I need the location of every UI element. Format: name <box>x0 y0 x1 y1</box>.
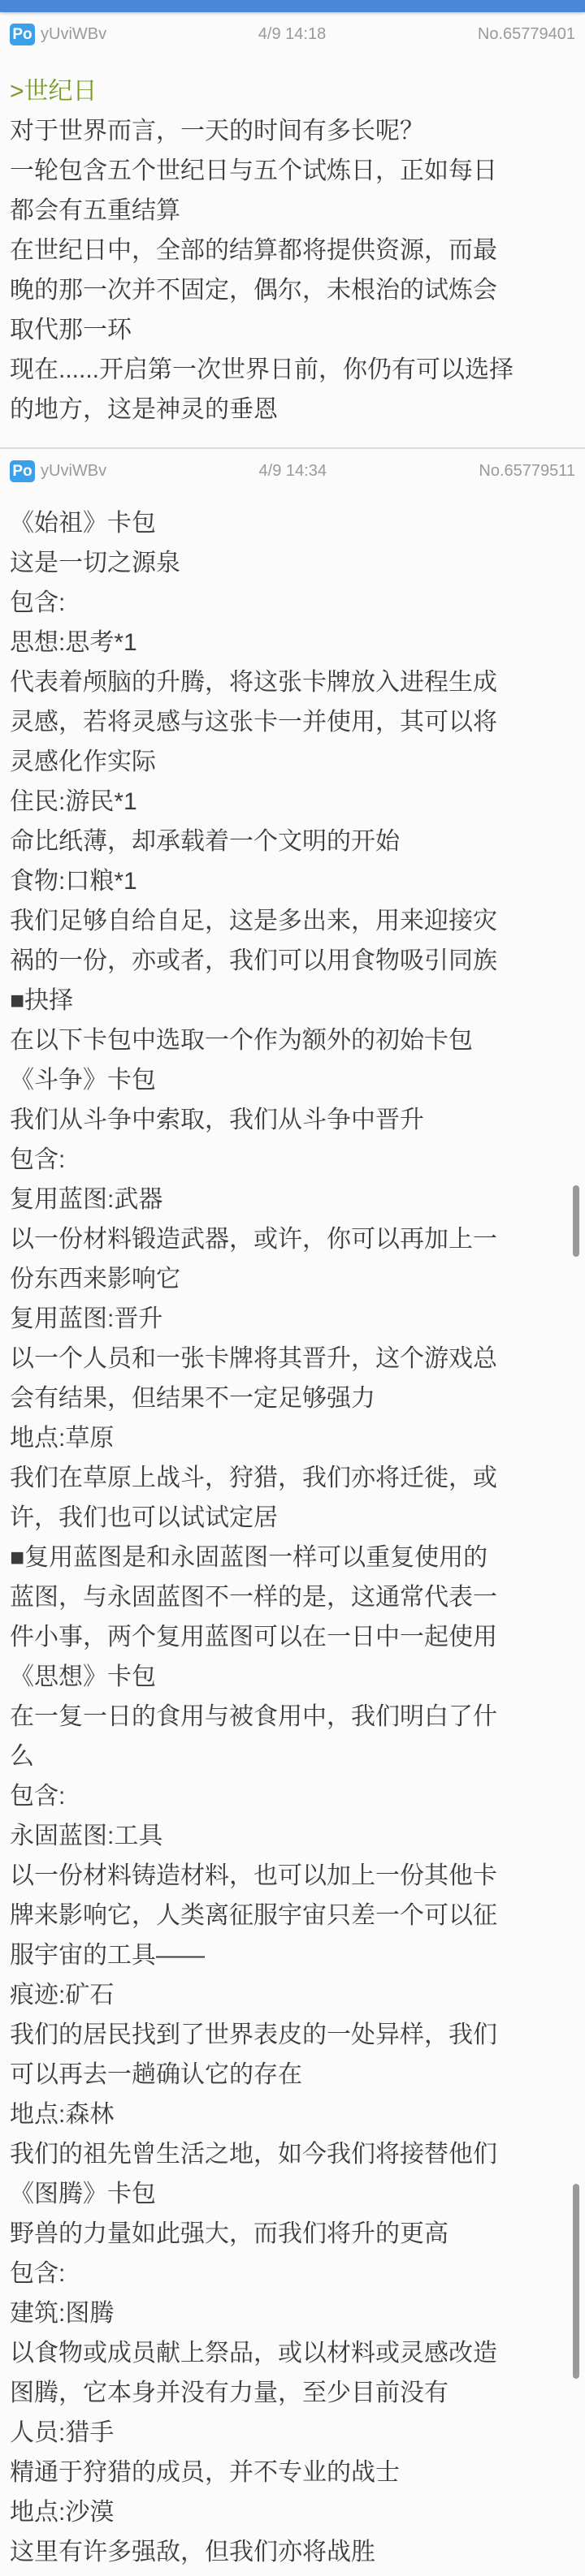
post-text-line: 牌来影响它，人类离征服宇宙只差一个可以征 <box>10 1896 585 1935</box>
post-text-line: 都会有五重结算 <box>10 191 585 231</box>
post-text-line: 《思想》卡包 <box>10 1657 585 1697</box>
post-text-line: 会有结果，但结果不一定足够强力 <box>10 1379 585 1418</box>
post-text-line: 《始祖》卡包 <box>10 503 585 543</box>
po-badge: Po <box>10 460 35 482</box>
post-text-line: 蓝图，与永固蓝图不一样的是，这通常代表一 <box>10 1577 585 1617</box>
post-text-line: 现在......开启第一次世界日前，你仍有可以选择 <box>10 350 585 390</box>
post-text-line: 包含: <box>10 583 585 623</box>
post-text-line: 以一份材料锻造武器，或许，你可以再加上一 <box>10 1219 585 1259</box>
post-text-line: 可以再去一趟确认它的存在 <box>10 2055 585 2095</box>
post-body: >世纪日对于世界而言，一天的时间有多长呢？一轮包含五个世纪日与五个试炼日，正如每… <box>0 71 585 429</box>
thread-post-op: Po yUviWBv 4/9 14:18 No.65779401 >世纪日对于世… <box>0 12 585 429</box>
post-body: 《始祖》卡包这是一切之源泉包含:思想:思考*1代表着颅脑的升腾，将这张卡牌放入进… <box>0 503 585 2572</box>
post-author: yUviWBv <box>41 462 106 481</box>
post-number[interactable]: No.65779401 <box>478 25 575 44</box>
post-text-line: 复用蓝图:晋升 <box>10 1299 585 1339</box>
post-text-line: 晚的那一次并不固定，偶尔，未根治的试炼会 <box>10 270 585 310</box>
post-text-line: 服宇宙的工具—— <box>10 1935 585 1975</box>
post-header: Po yUviWBv 4/9 14:34 No.65779511 <box>0 449 585 483</box>
status-bar <box>0 0 585 12</box>
post-text-line: 包含: <box>10 1776 585 1816</box>
post-text-line: 祸的一份，亦或者，我们可以用食物吸引同族 <box>10 941 585 981</box>
post-text-line: 精通于狩猎的成员，并不专业的战士 <box>10 2453 585 2492</box>
post-text-line: 在世纪日中，全部的结算都将提供资源，而最 <box>10 231 585 270</box>
scrollbar-thumb[interactable] <box>573 1185 579 1257</box>
quote-text-line: >世纪日 <box>10 71 585 111</box>
post-text-line: 《斗争》卡包 <box>10 1060 585 1100</box>
post-text-line: 以一个人员和一张卡牌将其晋升，这个游戏总 <box>10 1339 585 1379</box>
post-text-line: 食物:口粮*1 <box>10 861 585 901</box>
post-text-line: 地点:森林 <box>10 2095 585 2134</box>
post-text-line: 灵感，若将灵感与这张卡一并使用，其可以将 <box>10 702 585 742</box>
post-text-line: 图腾，它本身并没有力量，至少目前没有 <box>10 2373 585 2413</box>
post-text-line: 对于世界而言，一天的时间有多长呢？ <box>10 111 585 151</box>
post-text-line: 野兽的力量如此强大，而我们将升的更高 <box>10 2214 585 2254</box>
post-text-line: 我们的居民找到了世界表皮的一处异样，我们 <box>10 2015 585 2055</box>
post-text-line: 我们的祖先曾生活之地，如今我们将接替他们 <box>10 2134 585 2174</box>
scrollbar-thumb[interactable] <box>573 2184 579 2379</box>
post-number[interactable]: No.65779511 <box>479 462 575 481</box>
post-text-line: 许，我们也可以试试定居 <box>10 1498 585 1538</box>
post-text-line: 以一份材料铸造材料，也可以加上一份其他卡 <box>10 1856 585 1896</box>
post-text-line: 《图腾》卡包 <box>10 2174 585 2214</box>
post-text-line: 思想:思考*1 <box>10 623 585 662</box>
post-text-line: 的地方，这是神灵的垂恩 <box>10 390 585 429</box>
post-text-line: 我们从斗争中索取，我们从斗争中晋升 <box>10 1100 585 1140</box>
post-text-line: 包含: <box>10 2254 585 2293</box>
post-text-line: 么 <box>10 1737 585 1776</box>
post-timestamp: 4/9 14:34 <box>106 462 479 481</box>
post-text-line: 一轮包含五个世纪日与五个试炼日，正如每日 <box>10 151 585 191</box>
post-text-line: 这里有许多强敌，但我们亦将战胜 <box>10 2532 585 2572</box>
post-text-line: 包含: <box>10 1140 585 1180</box>
post-text-line: 灵感化作实际 <box>10 742 585 782</box>
post-text-line: 取代那一环 <box>10 310 585 350</box>
post-text-line: 我们足够自给自足，这是多出来，用来迎接灾 <box>10 901 585 941</box>
post-text-line: ■复用蓝图是和永固蓝图一样可以重复使用的 <box>10 1538 585 1577</box>
post-text-line: 地点:沙漠 <box>10 2492 585 2532</box>
post-timestamp: 4/9 14:18 <box>106 25 478 44</box>
post-text-line: 在一复一日的食用与被食用中，我们明白了什 <box>10 1697 585 1737</box>
thread-post-reply: Po yUviWBv 4/9 14:34 No.65779511 《始祖》卡包这… <box>0 449 585 2572</box>
post-text-line: 建筑:图腾 <box>10 2293 585 2333</box>
post-text-line: 这是一切之源泉 <box>10 543 585 583</box>
post-header: Po yUviWBv 4/9 14:18 No.65779401 <box>0 12 585 46</box>
post-text-line: 我们在草原上战斗，狩猎，我们亦将迁徙，或 <box>10 1458 585 1498</box>
post-text-line: 复用蓝图:武器 <box>10 1180 585 1219</box>
post-text-line: 以食物或成员献上祭品，或以材料或灵感改造 <box>10 2333 585 2373</box>
po-badge: Po <box>10 24 35 45</box>
post-text-line: 痕迹:矿石 <box>10 1975 585 2015</box>
post-text-line: 命比纸薄，却承载着一个文明的开始 <box>10 822 585 861</box>
post-text-line: 人员:猎手 <box>10 2413 585 2453</box>
post-text-line: 地点:草原 <box>10 1418 585 1458</box>
post-author: yUviWBv <box>41 25 106 44</box>
post-text-line: 住民:游民*1 <box>10 782 585 822</box>
post-text-line: ■抉择 <box>10 981 585 1020</box>
post-text-line: 永固蓝图:工具 <box>10 1816 585 1856</box>
post-text-line: 件小事，两个复用蓝图可以在一日中一起使用 <box>10 1617 585 1657</box>
post-text-line: 在以下卡包中选取一个作为额外的初始卡包 <box>10 1020 585 1060</box>
post-text-line: 代表着颅脑的升腾，将这张卡牌放入进程生成 <box>10 662 585 702</box>
post-text-line: 份东西来影响它 <box>10 1259 585 1299</box>
